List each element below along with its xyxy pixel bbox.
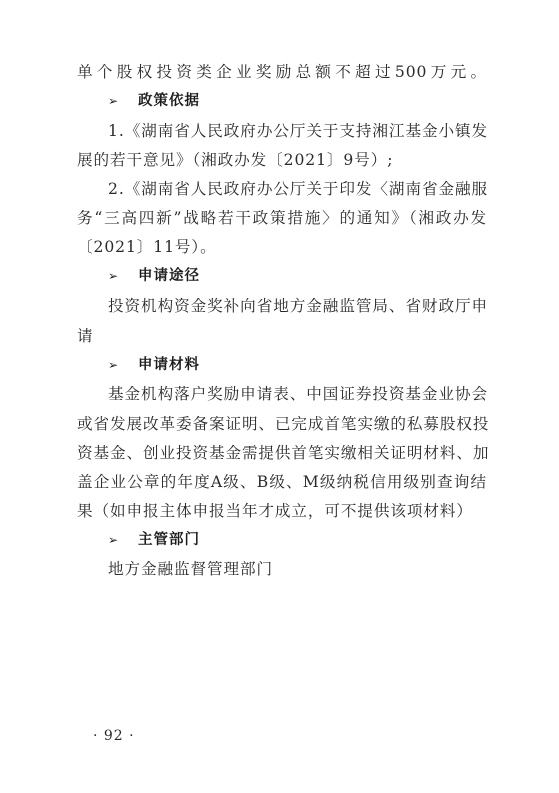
document-page: 单个股权投资类企业奖励总额不超过500万元。 ➢政策依据 1.《湖南省人民政府办… [0,0,559,793]
policy-line: 1.《湖南省人民政府办公厅关于支持湘江基金小镇发 [108,121,488,141]
section-heading-application-channel: ➢申请途径 [108,266,200,286]
intro-line: 单个股权投资类企业奖励总额不超过500万元。 [77,62,487,82]
department-line: 地方金融监督管理部门 [108,559,488,579]
section-heading-policy-basis: ➢政策依据 [108,91,200,111]
section-heading-application-materials: ➢申请材料 [108,355,200,375]
arrow-bullet-icon: ➢ [108,266,138,286]
materials-line: 盖企业公章的年度A级、B级、M级纳税信用级别查询结 [77,472,487,492]
materials-line: 资基金、创业投资基金需提供首笔实缴相关证明材料、加 [77,443,487,463]
policy-line: 〔2021〕11号）。 [77,237,487,257]
materials-line: 果（如申报主体申报当年才成立，可不提供该项材料） [77,501,487,521]
channel-line: 请 [77,326,487,346]
arrow-bullet-icon: ➢ [108,91,138,111]
heading-label: 主管部门 [138,532,200,548]
arrow-bullet-icon: ➢ [108,355,138,375]
policy-line: 2.《湖南省人民政府办公厅关于印发〈湖南省金融服 [108,179,488,199]
page-number: · 92 · [93,726,135,746]
policy-line: 展的若干意见》（湘政办发〔2021〕9号）; [77,150,487,170]
channel-line: 投资机构资金奖补向省地方金融监管局、省财政厅申 [108,296,488,316]
materials-line: 基金机构落户奖励申请表、中国证券投资基金业协会 [108,384,488,404]
arrow-bullet-icon: ➢ [108,530,138,550]
heading-label: 申请材料 [138,357,200,373]
policy-line: 务“三高四新”战略若干政策措施〉的通知》（湘政办发 [77,208,487,228]
materials-line: 或省发展改革委备案证明、已完成首笔实缴的私募股权投 [77,414,487,434]
section-heading-competent-department: ➢主管部门 [108,530,200,550]
heading-label: 政策依据 [138,93,200,109]
heading-label: 申请途径 [138,268,200,284]
